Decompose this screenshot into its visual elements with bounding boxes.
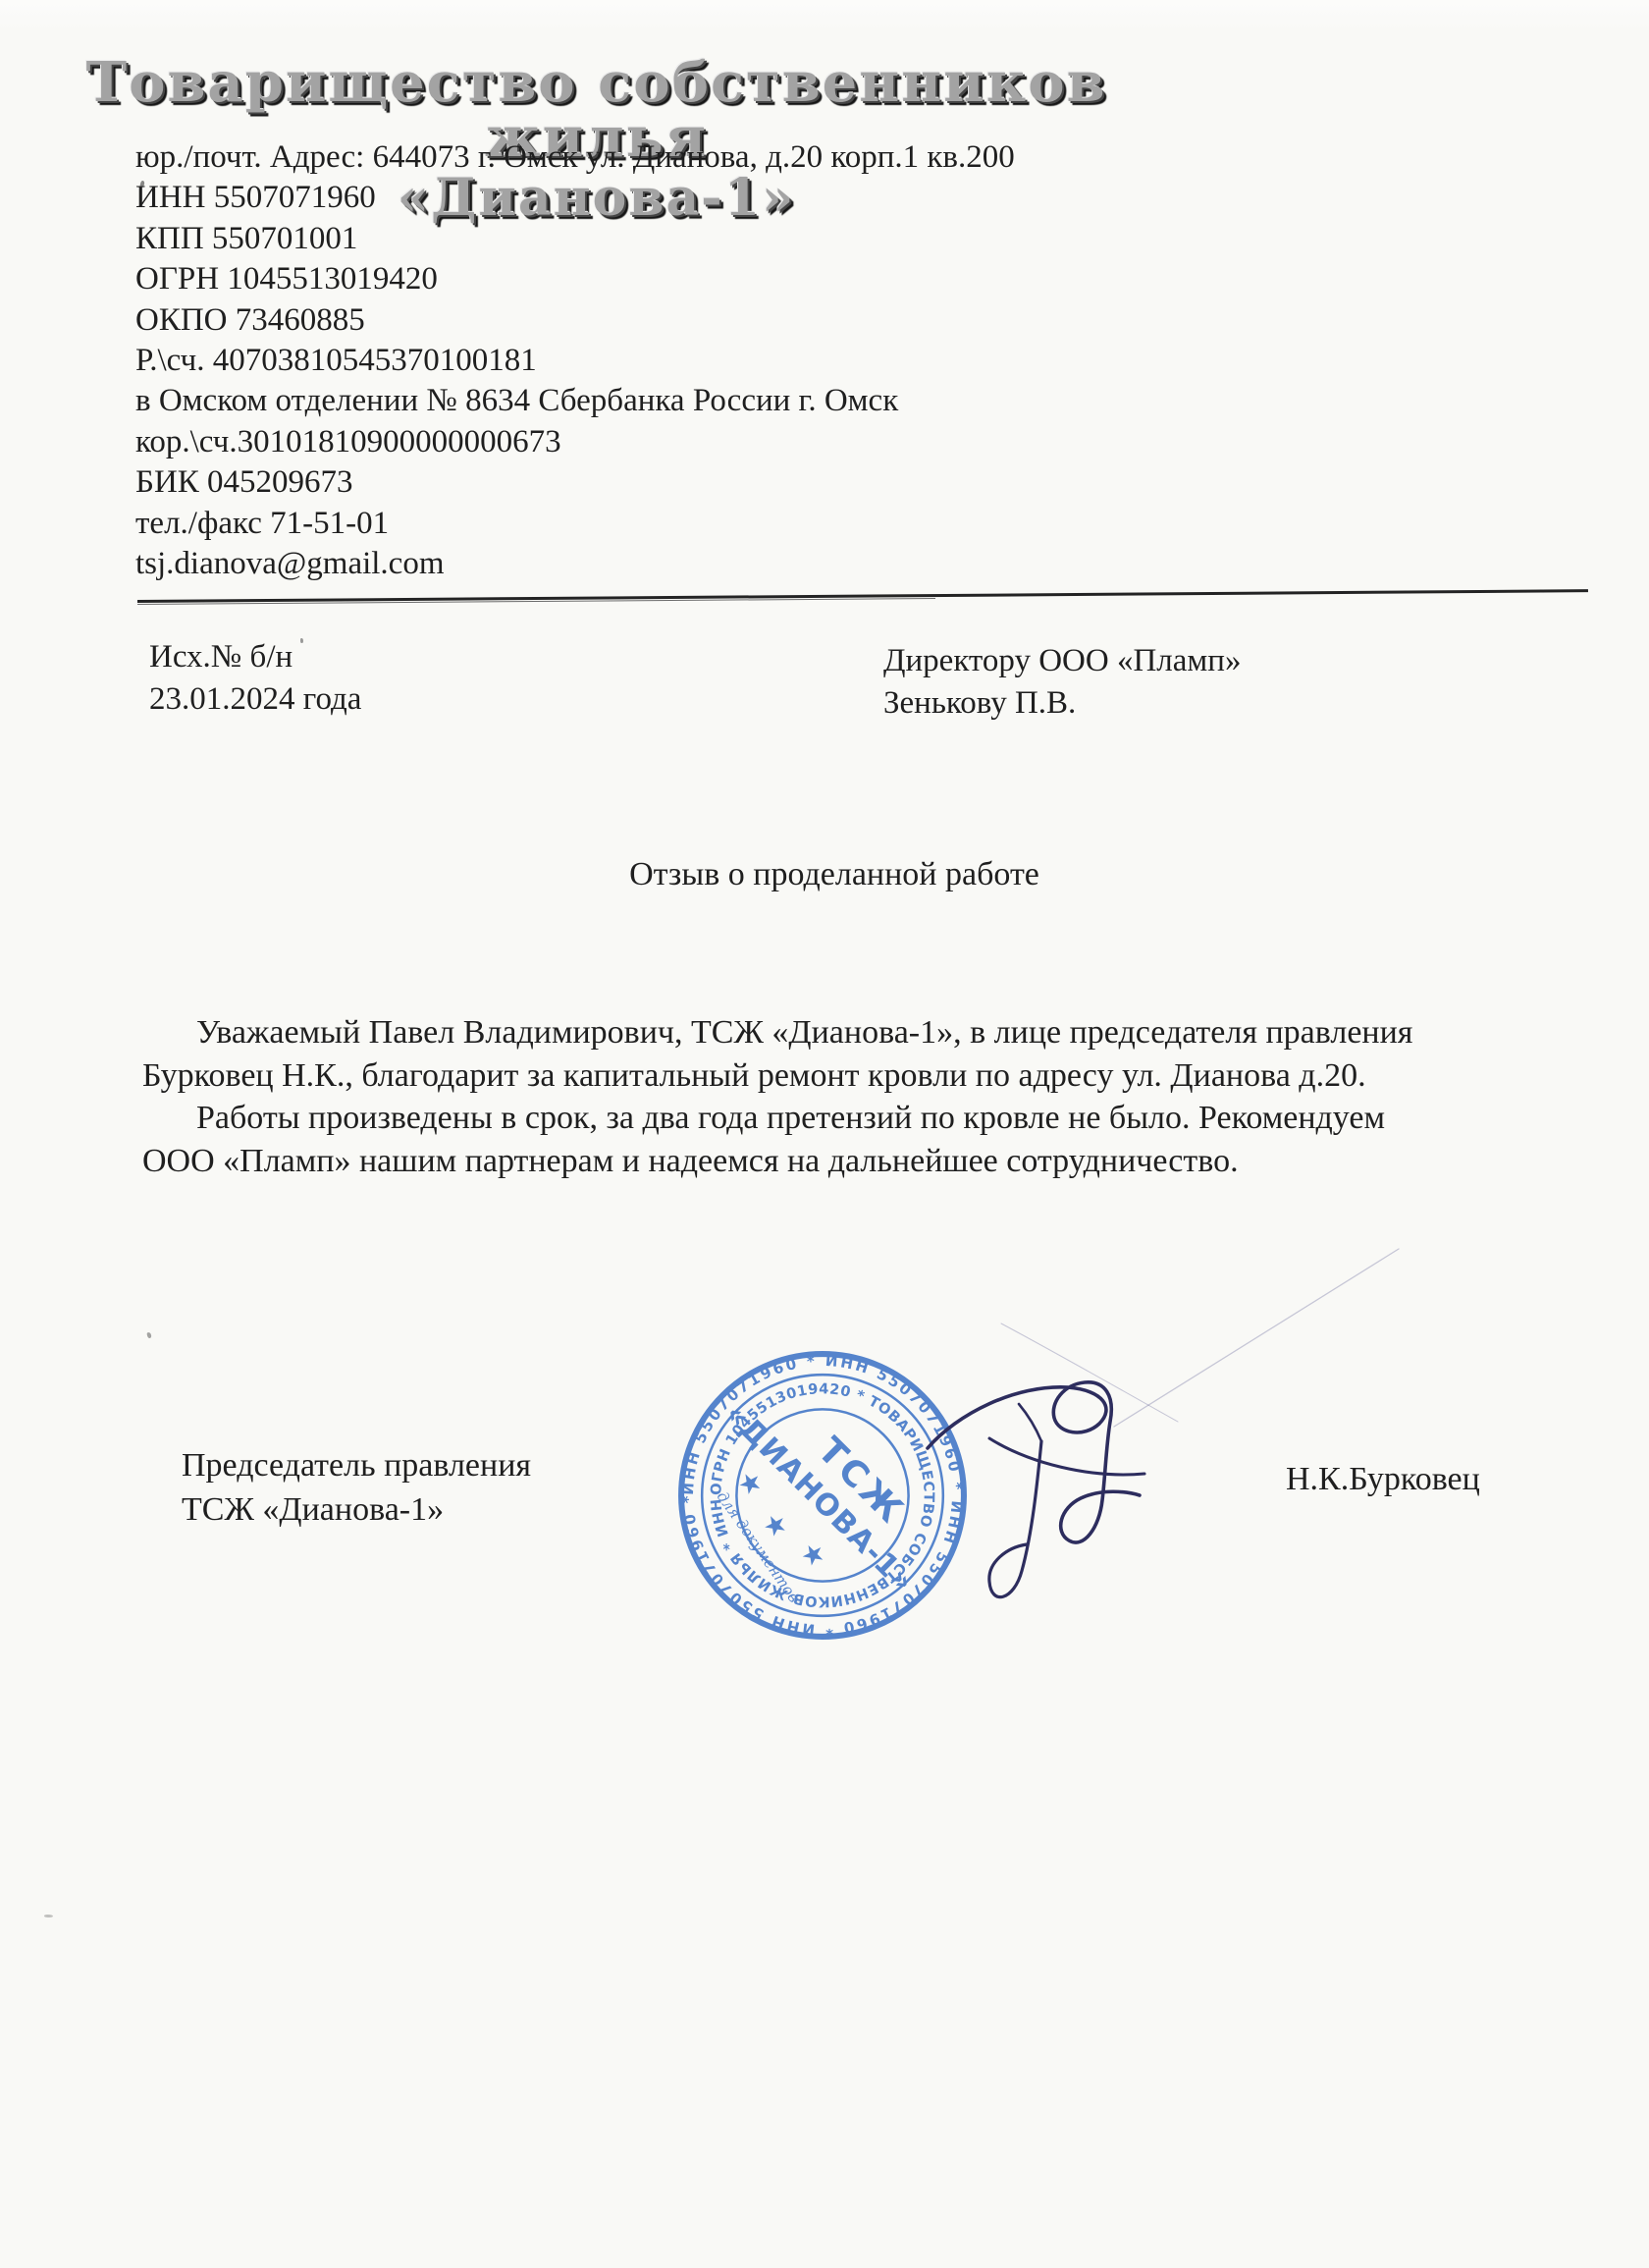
signer-position-line2: ТСЖ «Дианова-1» [182,1487,531,1532]
signature-stroke [1019,1404,1041,1441]
contact-phone-fax: тел./факс 71-51-01 [135,504,1215,544]
outgoing-number: Исх.№ б/н [149,636,361,678]
contact-corr-account: кор.\сч.30101810900000000673 [135,422,1215,462]
outgoing-date: 23.01.2024 года [149,678,361,721]
body-line: ООО «Пламп» нашим партнерам и надеемся н… [142,1140,1536,1183]
contact-ogrn: ОГРН 1045513019420 [135,259,1215,299]
handwritten-signature [903,1237,1433,1649]
pen-scratch-line [1114,1249,1399,1427]
scan-speck [146,1332,151,1339]
scan-speck [44,1915,53,1917]
contact-bik: БИК 045209673 [135,462,1215,503]
document-title: Отзыв о проделанной работе [0,856,1649,893]
body-line: Бурковец Н.К., благодарит за капитальный… [142,1054,1536,1098]
outgoing-reference-block: Исх.№ б/н 23.01.2024 года [149,636,361,721]
star-icon: ★ [794,1536,832,1574]
addressee-block: Директору ООО «Пламп» Зенькову П.В. [883,640,1241,725]
letterhead-contact-block: юр./почт. Адрес: 644073 г. Омск ул. Диан… [135,137,1215,584]
contact-settlement-account: Р.\сч. 40703810545370100181 [135,341,1215,381]
signature-stroke [989,1438,1144,1475]
contact-kpp: КПП 550701001 [135,219,1215,259]
addressee-name: Зенькову П.В. [883,682,1241,725]
scan-speck [300,638,303,643]
signer-position-block: Председатель правления ТСЖ «Дианова-1» [182,1443,531,1532]
contact-bank: в Омском отделении № 8634 Сбербанка Росс… [135,381,1215,421]
letter-body: Уважаемый Павел Владимирович, ТСЖ «Диано… [142,1011,1536,1182]
body-line: Уважаемый Павел Владимирович, ТСЖ «Диано… [142,1011,1536,1054]
contact-inn: ИНН 5507071960 [135,178,1215,218]
letterhead-divider-line [137,589,1588,603]
signer-position-line1: Председатель правления [182,1443,531,1487]
scanned-letter-page: Товарищество собственников жилья «Дианов… [0,0,1649,2268]
addressee-title: Директору ООО «Пламп» [883,640,1241,682]
contact-address: юр./почт. Адрес: 644073 г. Омск ул. Диан… [135,137,1215,178]
pen-scratch-line [1001,1323,1178,1422]
contact-okpo: ОКПО 73460885 [135,300,1215,341]
contact-email: tsj.dianova@gmail.com [135,544,1215,584]
body-line: Работы произведены в срок, за два года п… [142,1097,1536,1140]
signature-stroke [989,1441,1041,1597]
